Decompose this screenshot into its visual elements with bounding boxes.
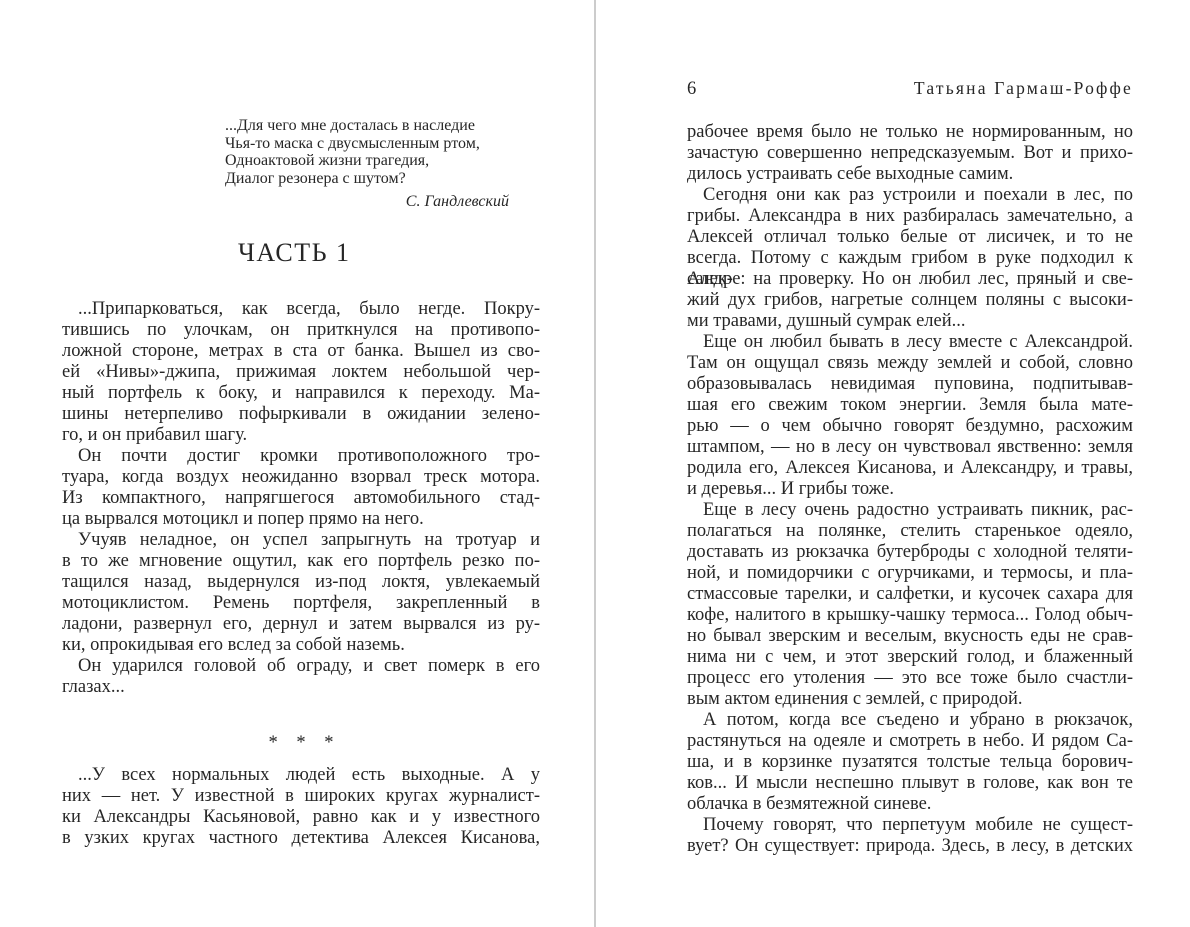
- paragraph: рабочее время было не только не нормиров…: [687, 122, 1133, 185]
- text-line: кофе, налитого в крышку-чашку термоса...…: [687, 605, 1133, 626]
- running-header: 6 Татьяна Гармаш-Роффе: [687, 78, 1133, 100]
- text-line: жий дух грибов, нагретые солнцем поляны …: [687, 290, 1133, 311]
- text-line: ми травами, душный сумрак елей...: [687, 311, 1133, 332]
- epigraph-author: С. Гандлевский: [225, 193, 511, 211]
- text-line: всегда. Потому с каждым грибом в руке по…: [687, 248, 1133, 269]
- epigraph-lines: ...Для чего мне досталась в наследиеЧья-…: [225, 117, 511, 187]
- text-line: Он ударился головой об ограду, и свет по…: [62, 656, 540, 677]
- text-line: мотоциклистом. Ремень портфеля, закрепле…: [62, 593, 540, 614]
- text-line: ной, и помидорчики с огурчиками, и термо…: [687, 563, 1133, 584]
- paragraph: Он почти достиг кромки противоположного …: [62, 446, 540, 530]
- text-line: ный портфель к боку, и направился к пере…: [62, 383, 540, 404]
- text-line: Из компактного, напрягшегося автомобильн…: [62, 488, 540, 509]
- part-heading: ЧАСТЬ 1: [238, 238, 351, 268]
- text-line: Сегодня они как раз устроили и поехали в…: [687, 185, 1133, 206]
- text-line: шины нетерпеливо пофыркивали в ожидании …: [62, 404, 540, 425]
- paragraph: Сегодня они как раз устроили и поехали в…: [687, 185, 1133, 332]
- text-line: глазах...: [62, 677, 540, 698]
- text-line: тащился назад, выдернулся из-под локтя, …: [62, 572, 540, 593]
- page-number: 6: [687, 79, 696, 100]
- epigraph-line: Диалог резонера с шутом?: [225, 170, 511, 188]
- section-separator: * * *: [62, 733, 540, 754]
- paragraph: ...Припарковаться, как всегда, было негд…: [62, 299, 540, 446]
- text-line: растянуться на одеяле и смотреть в небо.…: [687, 731, 1133, 752]
- text-line: шая его свежим током энергии. Земля была…: [687, 395, 1133, 416]
- text-line: ей «Нивы»-джипа, прижимая локтем небольш…: [62, 362, 540, 383]
- epigraph-line: Чья-то маска с двусмысленным ртом,: [225, 135, 511, 153]
- paragraph: ...У всех нормальных людей есть выходные…: [62, 765, 540, 849]
- text-line: ладони, развернул его, дернул и затем вы…: [62, 614, 540, 635]
- text-line: в то же мгновение ощутил, как его портфе…: [62, 551, 540, 572]
- text-line: ша, и в корзинке пузатятся толстые тельц…: [687, 752, 1133, 773]
- text-line: в узких кругах частного детектива Алексе…: [62, 828, 540, 849]
- text-line: ки Александры Касьяновой, равно как и у …: [62, 807, 540, 828]
- text-line: них — нет. У известной в широких кругах …: [62, 786, 540, 807]
- text-line: стмассовые тарелки, и салфетки, и кусоче…: [687, 584, 1133, 605]
- text-line: полагаться на полянке, стелить старенько…: [687, 521, 1133, 542]
- text-line: нима ни с чем, и этот зверский голод, и …: [687, 647, 1133, 668]
- text-line: грибы. Александра в них разбиралась заме…: [687, 206, 1133, 227]
- text-line: тившись по улочкам, он приткнулся на про…: [62, 320, 540, 341]
- text-line: дилось устраивать себе выходные самим.: [687, 164, 1133, 185]
- text-line: ...У всех нормальных людей есть выходные…: [62, 765, 540, 786]
- text-line: сандре: на проверку. Но он любил лес, пр…: [687, 269, 1133, 290]
- book-spread: ...Для чего мне досталась в наследиеЧья-…: [0, 0, 1190, 927]
- text-line: штампом, — но в лесу он чувствовал явств…: [687, 437, 1133, 458]
- paragraph: Учуяв неладное, он успел запрыгнуть на т…: [62, 530, 540, 656]
- text-line: ложной стороне, метрах в ста от банка. В…: [62, 341, 540, 362]
- text-line: рабочее время было не только не нормиров…: [687, 122, 1133, 143]
- epigraph-line: ...Для чего мне досталась в наследие: [225, 117, 511, 135]
- text-line: А потом, когда все съедено и убрано в рю…: [687, 710, 1133, 731]
- paragraph: Почему говорят, что перпетуум мобиле не …: [687, 815, 1133, 857]
- text-line: ...Припарковаться, как всегда, было негд…: [62, 299, 540, 320]
- text-line: Там он ощущал связь между землей и собой…: [687, 353, 1133, 374]
- text-line: вым актом единения с землей, с природой.: [687, 689, 1133, 710]
- text-line: туара, когда воздух неожиданно взорвал т…: [62, 467, 540, 488]
- text-line: облачка в безмятежной синеве.: [687, 794, 1133, 815]
- text-line: Учуяв неладное, он успел запрыгнуть на т…: [62, 530, 540, 551]
- text-line: Еще он любил бывать в лесу вместе с Алек…: [687, 332, 1133, 353]
- text-line: Почему говорят, что перпетуум мобиле не …: [687, 815, 1133, 836]
- text-line: ки, опрокидывая его вслед за собой назем…: [62, 635, 540, 656]
- text-line: Он почти достиг кромки противоположного …: [62, 446, 540, 467]
- text-line: образовывалась невидимая пуповина, подпи…: [687, 374, 1133, 395]
- text-line: процесс его утоления — это все тоже было…: [687, 668, 1133, 689]
- paragraph: Он ударился головой об ограду, и свет по…: [62, 656, 540, 698]
- paragraph: Еще он любил бывать в лесу вместе с Алек…: [687, 332, 1133, 500]
- left-page-text: ...Припарковаться, как всегда, было негд…: [62, 299, 540, 849]
- text-line: Алексей отличал только белые от лисичек,…: [687, 227, 1133, 248]
- text-line: зачастую совершенно непредсказуемым. Вот…: [687, 143, 1133, 164]
- text-line: но бывал зверским и веселым, вкусность е…: [687, 626, 1133, 647]
- running-title: Татьяна Гармаш-Роффе: [914, 78, 1133, 99]
- page-gutter-divider: [594, 0, 596, 927]
- epigraph: ...Для чего мне досталась в наследиеЧья-…: [225, 117, 511, 211]
- paragraph: А потом, когда все съедено и убрано в рю…: [687, 710, 1133, 815]
- text-line: вует? Он существует: природа. Здесь, в л…: [687, 836, 1133, 857]
- text-line: рью — о чем обычно говорят бездумно, рас…: [687, 416, 1133, 437]
- text-line: ков... И мысли неспешно плывут в голове,…: [687, 773, 1133, 794]
- paragraph: Еще в лесу очень радостно устраивать пик…: [687, 500, 1133, 710]
- text-line: родила его, Алексея Кисанова, и Александ…: [687, 458, 1133, 479]
- text-line: го, и он прибавил шагу.: [62, 425, 540, 446]
- epigraph-line: Одноактовой жизни трагедия,: [225, 152, 511, 170]
- text-line: доставать из рюкзачка бутерброды с холод…: [687, 542, 1133, 563]
- text-line: и деревья... И грибы тоже.: [687, 479, 1133, 500]
- right-page-text: рабочее время было не только не нормиров…: [687, 122, 1133, 857]
- text-line: Еще в лесу очень радостно устраивать пик…: [687, 500, 1133, 521]
- text-line: ца вырвался мотоцикл и попер прямо на не…: [62, 509, 540, 530]
